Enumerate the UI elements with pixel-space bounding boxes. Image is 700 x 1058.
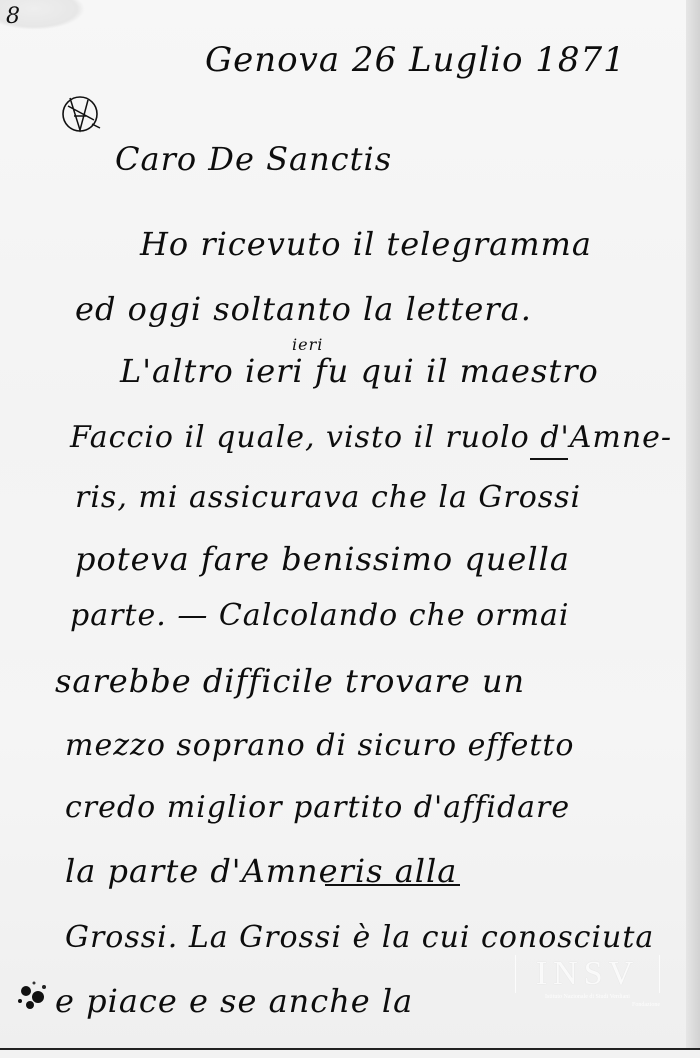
watermark-letters: INSV [515, 955, 660, 993]
letter-line-3: L'altro ieri fu qui il maestro [120, 352, 599, 390]
page-bottom-edge [0, 1048, 700, 1058]
letter-line-1: Ho ricevuto il telegramma [140, 225, 592, 263]
letter-line-9: mezzo soprano di sicuro effetto [65, 728, 575, 763]
letter-line-4: Faccio il quale, visto il ruolo d'Amne- [70, 420, 672, 455]
salutation: Caro De Sanctis [115, 140, 392, 178]
place-date: Genova 26 Luglio 1871 [205, 40, 626, 80]
watermark-subtitle2: Fondazione [515, 1001, 660, 1009]
letter-line-10: credo miglior partito d'affidare [65, 790, 570, 825]
letter-line-8: sarebbe difficile trovare un [55, 662, 525, 700]
letter-page: 8 Genova 26 Luglio 1871 Caro De Sanctis … [0, 0, 686, 1050]
letter-line-13: e piace e se anche la [55, 982, 413, 1020]
underline-amneris [325, 884, 460, 886]
ink-blot-icon [12, 975, 54, 1015]
letter-line-7: parte. — Calcolando che ormai [70, 598, 570, 633]
page-right-edge [686, 0, 700, 1058]
folio-number: 8 [6, 4, 20, 29]
insv-watermark: INSV Istituto Nazionale di Studi Verdian… [515, 955, 660, 1015]
monogram-stamp-icon [56, 90, 106, 140]
letter-line-2: ed oggi soltanto la lettera. [75, 290, 532, 328]
letter-line-6: poteva fare benissimo quella [75, 540, 570, 578]
letter-line-12: Grossi. La Grossi è la cui conosciuta [65, 920, 654, 955]
watermark-subtitle: Istituto Nazionale di Studi Verdiani [515, 993, 660, 1001]
underline-ruolo [530, 458, 568, 460]
letter-line-5: ris, mi assicurava che la Grossi [75, 480, 581, 515]
